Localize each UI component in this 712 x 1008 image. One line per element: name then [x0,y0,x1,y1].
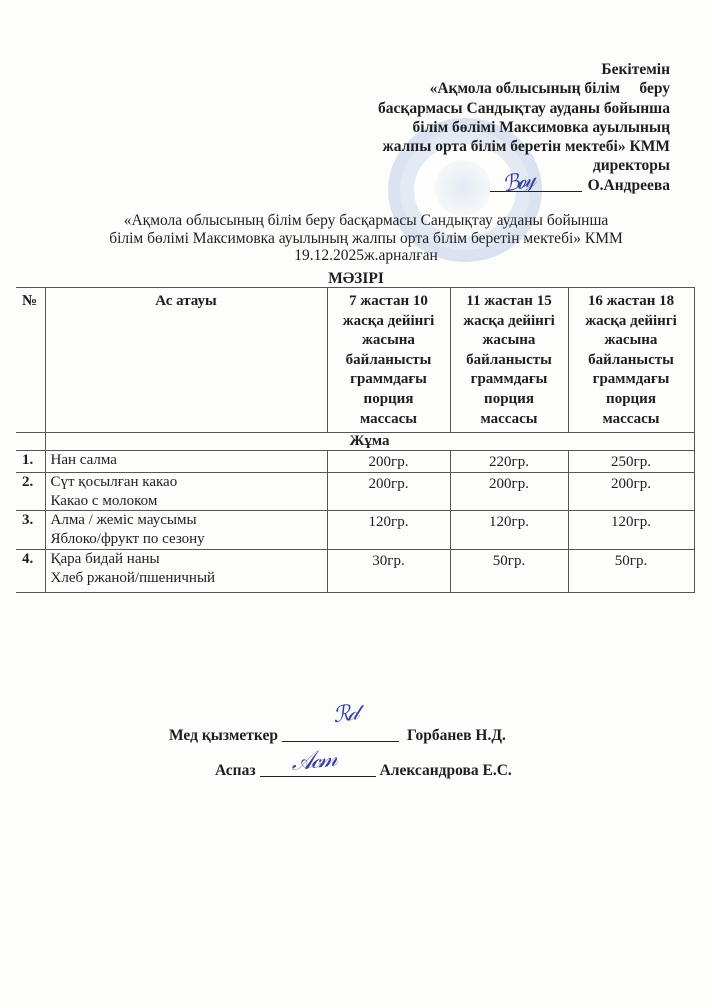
portion-cell: 200гр. [568,473,694,511]
dish-name-cell: Алма / жеміс маусымыЯблоко/фрукт по сезо… [45,511,327,550]
medic-name: Горбанев Н.Д. [407,727,506,744]
portion-cell: 50гр. [450,550,568,593]
organization-line: білім бөлімі Максимовка ауылының жалпы о… [60,230,672,248]
dish-name-ru: Какао с молоком [51,492,323,511]
row-number: 4. [16,550,45,593]
row-number: 3. [16,511,45,550]
cook-role: Аспаз [215,762,256,779]
dish-name-kz: Алма / жеміс маусымы [51,511,323,530]
age-header-line: жасына [455,331,564,351]
portion-cell: 220гр. [450,451,568,473]
age-header-line: жасына [573,331,690,351]
age-header-line: порция [573,390,690,410]
dish-name-kz: Сүт қосылған какао [51,473,323,492]
dish-name-cell: Нан салма [45,451,327,473]
dish-name-ru: Яблоко/фрукт по сезону [51,530,323,549]
cook-name: Александрова Е.С. [380,762,512,779]
portion-cell: 120гр. [327,511,450,550]
age-header-line: граммдағы [573,370,690,390]
menu-date: 19.12.2025ж.арналған [60,247,672,265]
approval-line: басқармасы Сандықтау ауданы бойынша [310,99,670,118]
age-header-line: 11 жастан 15 [455,292,564,312]
approval-line: жалпы орта білім беретін мектебі» КММ [310,137,670,156]
age-header-line: массасы [332,410,446,430]
portion-cell: 200гр. [327,473,450,511]
column-header-number: № [16,288,45,433]
row-number: 2. [16,473,45,511]
portion-cell: 30гр. [327,550,450,593]
age-header-line: массасы [455,410,564,430]
portion-value: 200гр. [369,475,409,494]
column-header-age-16-18: 16 жастан 18жасқа дейінгіжасынабайланыст… [568,288,694,433]
approval-signer-line: О.Андреева [310,176,670,195]
dish-name-kz: Нан салма [51,451,323,470]
portion-cell: 120гр. [568,511,694,550]
column-header-age-11-15: 11 жастан 15жасқа дейінгіжасынабайланыст… [450,288,568,433]
table-row: 4.Қара бидай наныХлеб ржаной/пшеничный30… [16,550,694,593]
portion-cell: 200гр. [327,451,450,473]
organization-line: «Ақмола облысының білім беру басқармасы … [60,212,672,230]
day-label: Жұма [45,433,694,451]
age-header-line: массасы [573,410,690,430]
table-row: 2.Сүт қосылған какаоКакао с молоком200гр… [16,473,694,511]
column-header-dish-name: Ас атауы [45,288,327,433]
dish-name-ru: Хлеб ржаной/пшеничный [51,569,323,588]
row-number: 1. [16,451,45,473]
age-header-line: жасқа дейінгі [573,312,690,332]
table-row: 3.Алма / жеміс маусымыЯблоко/фрукт по се… [16,511,694,550]
age-header-line: жасқа дейінгі [332,312,446,332]
portion-value: 120гр. [369,513,409,532]
portion-cell: 50гр. [568,550,694,593]
age-header-line: порция [332,390,446,410]
menu-title: МӘЗІРІ [0,270,712,288]
menu-rows: 1.Нан салма200гр.220гр.250гр.2.Сүт қосыл… [16,451,694,593]
portion-value: 220гр. [489,453,529,472]
signature-line [490,177,582,192]
cook-signoff: АспазАлександрова Е.С. [215,762,512,780]
age-header-line: байланысты [455,351,564,371]
approval-block: Бекітемін «Ақмола облысының білім беру б… [310,60,670,195]
medic-role: Мед қызметкер [169,727,278,744]
column-header-age-7-10: 7 жастан 10жасқа дейінгіжасынабайланысты… [327,288,450,433]
portion-value: 50гр. [615,552,647,571]
portion-value: 250гр. [611,453,651,472]
dish-name-kz: Қара бидай наны [51,550,323,569]
age-header-line: байланысты [573,351,690,371]
portion-value: 200гр. [489,475,529,494]
dish-name-cell: Қара бидай наныХлеб ржаной/пшеничный [45,550,327,593]
portion-value: 200гр. [369,453,409,472]
age-header-line: жасқа дейінгі [455,312,564,332]
medic-signoff: Мед қызметкерГорбанев Н.Д. [169,727,506,745]
approval-signer: О.Андреева [588,177,670,194]
medic-signature-line [282,727,399,742]
dish-name-cell: Сүт қосылған какаоКакао с молоком [45,473,327,511]
age-header-line: байланысты [332,351,446,371]
organization-title: «Ақмола облысының білім беру басқармасы … [60,212,672,265]
approval-line: «Ақмола облысының білім беру [310,79,670,98]
portion-value: 200гр. [611,475,651,494]
approval-line: білім бөлімі Максимовка ауылының [310,118,670,137]
approval-line: Бекітемін [310,60,670,79]
portion-value: 120гр. [611,513,651,532]
table-row: 1.Нан салма200гр.220гр.250гр. [16,451,694,473]
day-row: Жұма [16,433,694,451]
age-header-line: граммдағы [332,370,446,390]
approval-line: директоры [310,156,670,175]
cook-signature-line [260,762,376,777]
day-row-number-cell [16,433,45,451]
portion-cell: 250гр. [568,451,694,473]
portion-cell: 200гр. [450,473,568,511]
age-header-line: порция [455,390,564,410]
table-header-row: № Ас атауы 7 жастан 10жасқа дейінгіжасын… [16,288,694,433]
age-header-line: 7 жастан 10 [332,292,446,312]
portion-value: 50гр. [493,552,525,571]
age-header-line: жасына [332,331,446,351]
medic-signature: ℛ𝒹 [331,701,357,729]
age-header-line: 16 жастан 18 [573,292,690,312]
menu-table: № Ас атауы 7 жастан 10жасқа дейінгіжасын… [16,287,695,593]
portion-value: 120гр. [489,513,529,532]
portion-value: 30гр. [372,552,404,571]
age-header-line: граммдағы [455,370,564,390]
portion-cell: 120гр. [450,511,568,550]
